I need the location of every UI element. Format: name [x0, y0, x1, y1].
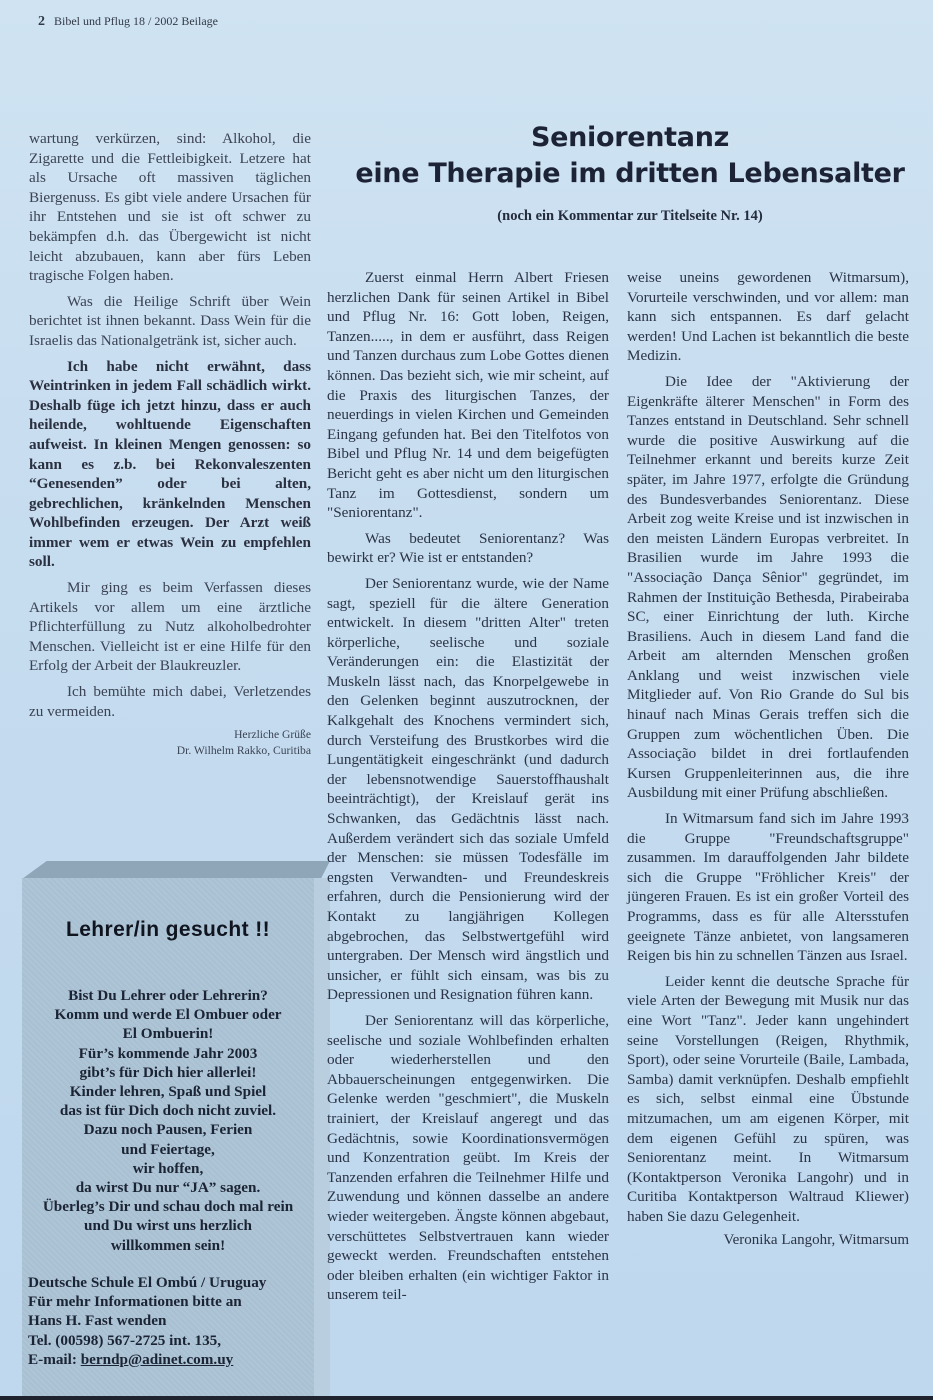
ad-contact: Deutsche Schule El Ombú / Uruguay Für me…	[28, 1273, 314, 1369]
page-header: 2 Bibel und Pflug 18 / 2002 Beilage	[38, 14, 218, 30]
paragraph-bold: Ich habe nicht erwähnt, dass Weintrinken…	[29, 357, 311, 573]
paragraph: Die Idee der "Aktivierung der Eigenkräft…	[627, 372, 909, 803]
ad-line: da wirst Du nur “JA” sagen.	[22, 1178, 314, 1197]
ad-email-line: E-mail: berndp@adinet.com.uy	[28, 1350, 314, 1369]
paragraph: Was bedeutet Seniorentanz? Was bewirkt e…	[327, 529, 609, 568]
ad-contact-line: Tel. (00598) 567-2725 int. 135,	[28, 1331, 314, 1350]
paragraph: Der Seniorentanz will das körperliche, s…	[327, 1011, 609, 1305]
previous-article-column: wartung verkürzen, sind: Alkohol, die Zi…	[29, 129, 311, 759]
article-title: Seniorentanz	[330, 120, 930, 156]
ad-contact-line: Für mehr Informationen bitte an	[28, 1292, 314, 1311]
paragraph: In Witmarsum fand sich im Jahre 1993 die…	[627, 809, 909, 966]
page-bottom-edge	[0, 1396, 933, 1400]
paragraph: wartung verkürzen, sind: Alkohol, die Zi…	[29, 129, 311, 286]
page-number: 2	[38, 14, 45, 29]
ad-contact-line: Deutsche Schule El Ombú / Uruguay	[28, 1273, 314, 1292]
paragraph: Was die Heilige Schrift über Wein berich…	[29, 292, 311, 351]
teacher-wanted-ad: Lehrer/in gesucht !! Bist Du Lehrer oder…	[22, 861, 330, 1396]
ad-title: Lehrer/in gesucht !!	[22, 918, 314, 942]
ad-email-label: E-mail:	[28, 1351, 81, 1368]
ad-line: El Ombuerin!	[22, 1024, 314, 1043]
ad-line: Dazu noch Pausen, Ferien	[22, 1120, 314, 1139]
ad-line: und Du wirst uns herzlich	[22, 1216, 314, 1235]
article-subtitle: (noch ein Kommentar zur Titelseite Nr. 1…	[330, 208, 930, 225]
publication-name: Bibel und Pflug 18 / 2002 Beilage	[54, 14, 218, 28]
ad-contact-line: Hans H. Fast wenden	[28, 1311, 314, 1330]
article-title-line2: eine Therapie im dritten Lebensalter	[330, 156, 930, 192]
ad-box-front: Lehrer/in gesucht !! Bist Du Lehrer oder…	[22, 878, 314, 1396]
paragraph: Ich bemühte mich dabei, Verletzendes zu …	[29, 682, 311, 721]
paragraph: Der Seniorentanz wurde, wie der Name sag…	[327, 574, 609, 1005]
ad-line: willkommen sein!	[22, 1236, 314, 1255]
ad-box-top-face	[22, 861, 330, 879]
ad-body: Bist Du Lehrer oder Lehrerin? Komm und w…	[22, 986, 314, 1255]
signature-author: Dr. Wilhelm Rakko, Curitiba	[29, 743, 311, 759]
ad-line: gibt’s für Dich hier allerlei!	[22, 1063, 314, 1082]
signature-greeting: Herzliche Grüße	[29, 727, 311, 743]
ad-line: das ist für Dich doch nicht zuviel.	[22, 1101, 314, 1120]
ad-line: Bist Du Lehrer oder Lehrerin?	[22, 986, 314, 1005]
paragraph: Zuerst einmal Herrn Albert Friesen herzl…	[327, 268, 609, 523]
ad-line: wir hoffen,	[22, 1159, 314, 1178]
signature: Herzliche Grüße Dr. Wilhelm Rakko, Curit…	[29, 727, 311, 759]
ad-line: Für’s kommende Jahr 2003	[22, 1044, 314, 1063]
ad-line: und Feiertage,	[22, 1140, 314, 1159]
article-column-right: weise uneins gewordenen Witmarsum), Voru…	[627, 268, 909, 1250]
paragraph: Mir ging es beim Verfassen dieses Artike…	[29, 578, 311, 676]
ad-email-link[interactable]: berndp@adinet.com.uy	[81, 1351, 234, 1368]
paragraph: weise uneins gewordenen Witmarsum), Voru…	[627, 268, 909, 366]
ad-line: Überleg’s Dir und schau doch mal rein	[22, 1197, 314, 1216]
article-column-middle: Zuerst einmal Herrn Albert Friesen herzl…	[327, 268, 609, 1311]
paragraph: Leider kennt die deutsche Sprache für vi…	[627, 972, 909, 1227]
ad-line: Kinder lehren, Spaß und Spiel	[22, 1082, 314, 1101]
article-header: Seniorentanz eine Therapie im dritten Le…	[330, 120, 930, 225]
article-author: Veronika Langohr, Witmarsum	[627, 1231, 909, 1251]
ad-line: Komm und werde El Ombuer oder	[22, 1005, 314, 1024]
